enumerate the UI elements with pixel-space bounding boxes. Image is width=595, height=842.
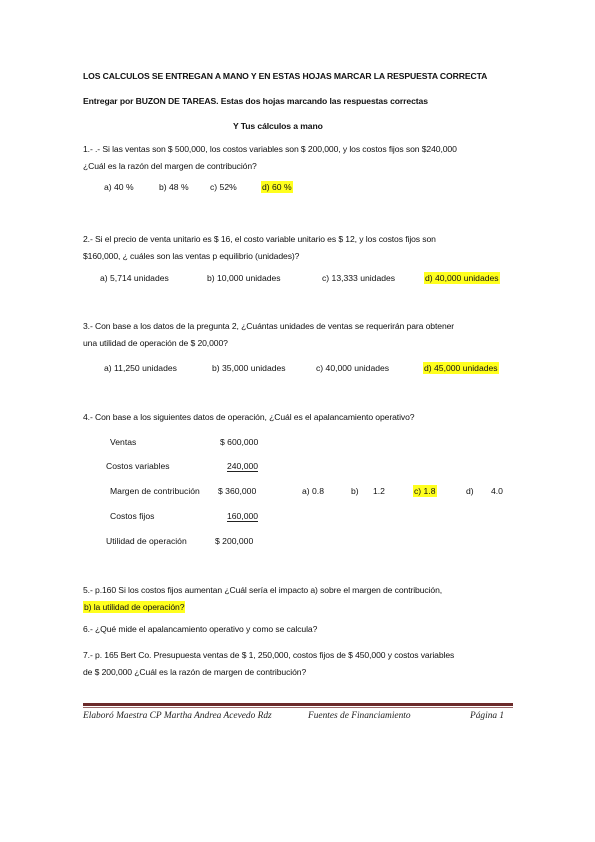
table-value-ventas: $ 600,000 (220, 437, 258, 447)
question-7-text: 7.- p. 165 Bert Co. Presupuesta ventas d… (83, 647, 454, 681)
q4-option-d-value[interactable]: 4.0 (491, 486, 503, 496)
q2-option-d-selected[interactable]: d) 40,000 unidades (424, 272, 500, 284)
q1-option-b[interactable]: b) 48 % (159, 182, 189, 192)
question-3-line-2: una utilidad de operación de $ 20,000? (83, 335, 454, 352)
table-label-costos-fijos: Costos fijos (110, 511, 154, 521)
q2-option-c[interactable]: c) 13,333 unidades (322, 273, 395, 283)
question-5-line-2-highlighted: b) la utilidad de operación? (83, 601, 185, 613)
question-3-text: 3.- Con base a los datos de la pregunta … (83, 318, 454, 352)
q4-option-d-label[interactable]: d) (466, 486, 474, 496)
table-value-margen: $ 360,000 (218, 486, 256, 496)
footer-rule-thick (83, 703, 513, 706)
question-1-line-2: ¿Cuál es la razón del margen de contribu… (83, 158, 457, 175)
q4-option-b-label[interactable]: b) (351, 486, 359, 496)
table-label-margen: Margen de contribución (110, 486, 200, 496)
q1-option-c[interactable]: c) 52% (210, 182, 237, 192)
question-1-text: 1.- .- Si las ventas son $ 500,000, los … (83, 141, 457, 175)
question-4-text: 4.- Con base a los siguientes datos de o… (83, 409, 414, 426)
question-1-line-1: 1.- .- Si las ventas son $ 500,000, los … (83, 141, 457, 158)
table-label-ventas: Ventas (110, 437, 136, 447)
question-2-text: 2.- Si el precio de venta unitario es $ … (83, 231, 436, 265)
q1-option-d-selected[interactable]: d) 60 % (261, 181, 293, 193)
q3-option-b[interactable]: b) 35,000 unidades (212, 363, 286, 373)
question-7-line-1: 7.- p. 165 Bert Co. Presupuesta ventas d… (83, 647, 454, 664)
q4-option-c-selected[interactable]: c) 1.8 (413, 485, 437, 497)
q4-option-a[interactable]: a) 0.8 (302, 486, 324, 496)
table-label-utilidad: Utilidad de operación (106, 536, 187, 546)
q2-option-a[interactable]: a) 5,714 unidades (100, 273, 169, 283)
table-value-costos-variables: 240,000 (227, 461, 258, 472)
question-5-line-1: 5.- p.160 Si los costos fijos aumentan ¿… (83, 582, 442, 599)
q3-option-c[interactable]: c) 40,000 unidades (316, 363, 389, 373)
instruction-line-3: Y Tus cálculos a mano (233, 121, 323, 131)
instruction-line-2: Entregar por BUZON DE TAREAS. Estas dos … (83, 96, 428, 106)
question-5-text: 5.- p.160 Si los costos fijos aumentan ¿… (83, 582, 442, 616)
question-2-line-1: 2.- Si el precio de venta unitario es $ … (83, 231, 436, 248)
q3-option-d-selected[interactable]: d) 45,000 unidades (423, 362, 499, 374)
table-label-costos-variables: Costos variables (106, 461, 170, 471)
footer-subject: Fuentes de Financiamiento (308, 711, 411, 721)
table-value-utilidad: $ 200,000 (215, 536, 253, 546)
footer-page-number: Página 1 (470, 711, 504, 721)
table-value-costos-fijos: 160,000 (227, 511, 258, 522)
question-6-text: 6.- ¿Qué mide el apalancamiento operativ… (83, 621, 317, 638)
question-2-line-2: $160,000, ¿ cuáles son las ventas p equi… (83, 248, 436, 265)
q1-option-a[interactable]: a) 40 % (104, 182, 134, 192)
q4-option-b-value[interactable]: 1.2 (373, 486, 385, 496)
footer-rule-thin (83, 707, 513, 708)
q2-option-b[interactable]: b) 10,000 unidades (207, 273, 281, 283)
question-3-line-1: 3.- Con base a los datos de la pregunta … (83, 318, 454, 335)
instruction-line-1: LOS CALCULOS SE ENTREGAN A MANO Y EN EST… (83, 71, 487, 81)
q3-option-a[interactable]: a) 11,250 unidades (104, 363, 177, 373)
question-7-line-2: de $ 200,000 ¿Cuál es la razón de margen… (83, 664, 454, 681)
footer-author: Elaboró Maestra CP Martha Andrea Acevedo… (83, 711, 272, 721)
